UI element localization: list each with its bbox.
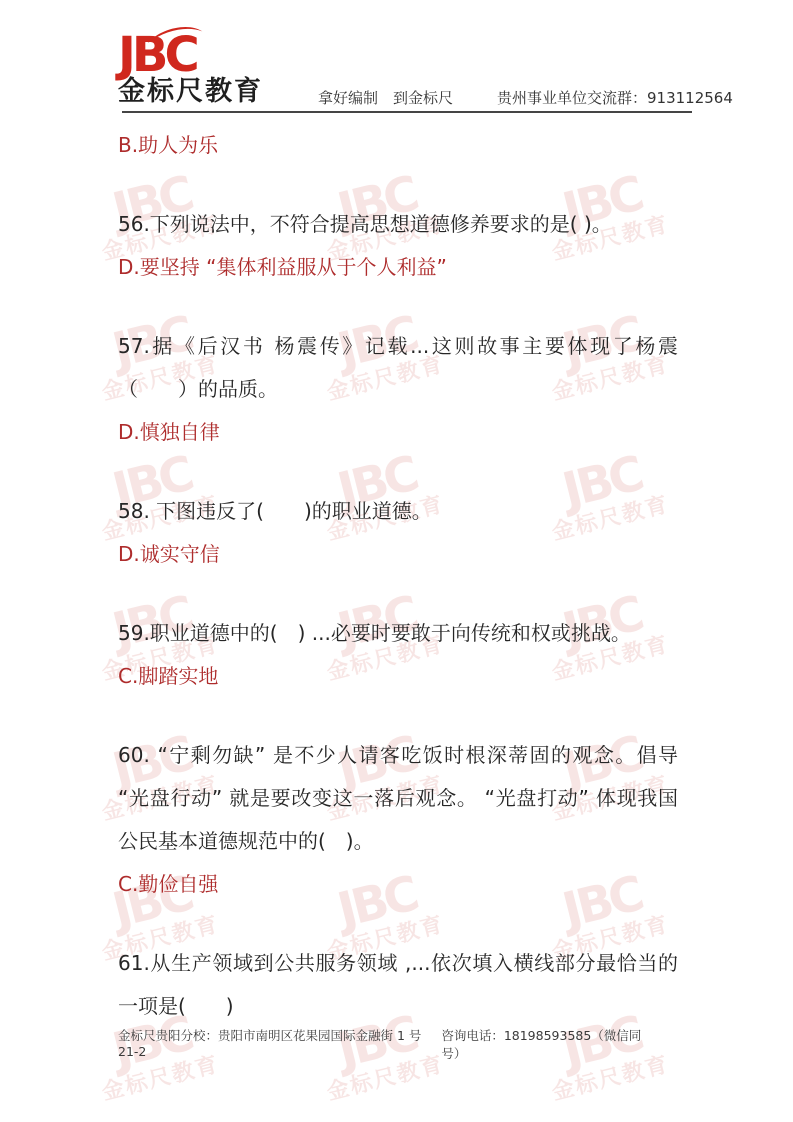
question-text: 56.下列说法中，不符合提高思想道德修养要求的是( )。 — [118, 203, 678, 246]
answer-text: D.诚实守信 — [118, 533, 678, 576]
jbc-logo: JBC 金标尺教育 — [118, 34, 263, 107]
question-block: 60. “宁剩勿缺” 是不少人请客吃饭时根深蒂固的观念。倡导 “光盘行动” 就是… — [118, 734, 678, 906]
header-slogan: 拿好编制 到金标尺 — [318, 87, 453, 108]
answer-text: C.勤俭自强 — [118, 863, 678, 906]
question-text: 57.据《后汉书 杨震传》记载...这则故事主要体现了杨震（ ）的品质。 — [118, 325, 678, 411]
footer-contact-phone: 咨询电话：18198593585（微信同号） — [441, 1026, 658, 1062]
questions-content: B.助人为乐 56.下列说法中，不符合提高思想道德修养要求的是( )。 D.要坚… — [118, 124, 678, 1064]
page-footer: 金标尺贵阳分校：贵阳市南明区花果园国际金融街 1 号 21-2 咨询电话：181… — [118, 1026, 658, 1062]
question-block: 61.从生产领域到公共服务领域 ,...依次填入横线部分最恰当的一项是( ) — [118, 942, 678, 1028]
footer-branch-address: 金标尺贵阳分校：贵阳市南明区花果园国际金融街 1 号 21-2 — [118, 1026, 441, 1062]
question-block: 59.职业道德中的( ) ...必要时要敢于向传统和权或挑战。 C.脚踏实地 — [118, 612, 678, 698]
header-group-info: 贵州事业单位交流群：913112564 — [497, 87, 733, 108]
answer-text: D.要坚持 “集体利益服从于个人利益” — [118, 246, 678, 289]
document-page: JBC金标尺教育JBC金标尺教育JBC金标尺教育JBC金标尺教育JBC金标尺教育… — [0, 0, 793, 1122]
question-text: 58. 下图违反了( )的职业道德。 — [118, 490, 678, 533]
question-block: 57.据《后汉书 杨震传》记载...这则故事主要体现了杨震（ ）的品质。 D.慎… — [118, 325, 678, 454]
question-text: 61.从生产领域到公共服务领域 ,...依次填入横线部分最恰当的一项是( ) — [118, 942, 678, 1028]
logo-swoosh-icon — [144, 25, 206, 45]
question-text: 60. “宁剩勿缺” 是不少人请客吃饭时根深蒂固的观念。倡导 “光盘行动” 就是… — [118, 734, 678, 863]
question-block: B.助人为乐 — [118, 124, 678, 167]
header-divider — [122, 111, 692, 113]
jbc-logo-brand: JBC — [118, 34, 196, 76]
answer-text: B.助人为乐 — [118, 124, 678, 167]
question-block: 56.下列说法中，不符合提高思想道德修养要求的是( )。 D.要坚持 “集体利益… — [118, 203, 678, 289]
question-text: 59.职业道德中的( ) ...必要时要敢于向传统和权或挑战。 — [118, 612, 678, 655]
question-block: 58. 下图违反了( )的职业道德。 D.诚实守信 — [118, 490, 678, 576]
page-header: JBC 金标尺教育 拿好编制 到金标尺 贵州事业单位交流群：913112564 — [0, 0, 793, 120]
answer-text: D.慎独自律 — [118, 411, 678, 454]
answer-text: C.脚踏实地 — [118, 655, 678, 698]
